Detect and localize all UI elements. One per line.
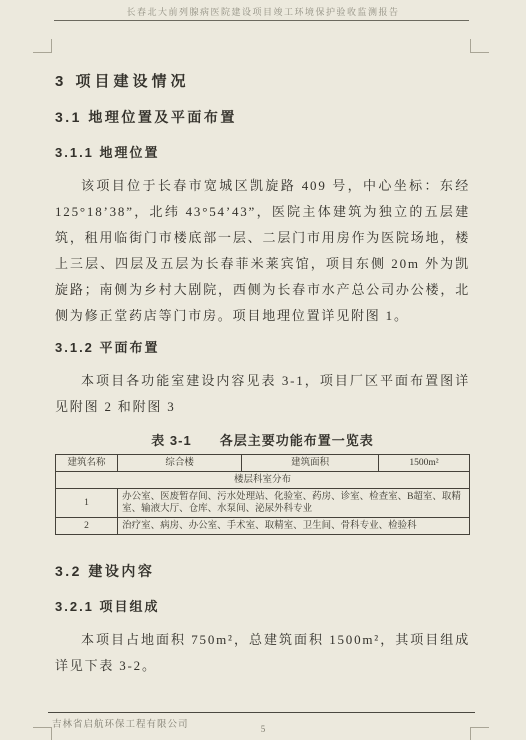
cell-floor-1-number: 1 [56, 489, 118, 518]
document-content: 3 项目建设情况 3.1 地理位置及平面布置 3.1.1 地理位置 该项目位于长… [55, 62, 470, 687]
heading-location-and-layout: 3.1 地理位置及平面布置 [55, 107, 470, 127]
function-layout-table: 建筑名称 综合楼 建筑面积 1500m² 楼层科室分布 1 办公室、医废暂存间、… [55, 454, 470, 535]
paragraph-plane-layout: 本项目各功能室建设内容见表 3-1，项目厂区平面布置图详见附图 2 和附图 3 [55, 368, 470, 420]
cell-building-area-label: 建筑面积 [242, 455, 379, 472]
header-rule [54, 20, 469, 21]
heading-plane-layout: 3.1.2 平面布置 [55, 337, 470, 356]
margin-corner-mark-top-left [33, 39, 52, 53]
header-title: 长春北大前列腺病医院建设项目竣工环境保护验收监测报告 [0, 5, 526, 18]
cell-building-area-value: 1500m² [378, 455, 469, 472]
heading-construction-content: 3.2 建设内容 [55, 561, 470, 581]
cell-building-name-label: 建筑名称 [56, 455, 118, 472]
table-header-row: 建筑名称 综合楼 建筑面积 1500m² [56, 455, 470, 472]
paragraph-project-composition: 本项目占地面积 750m²，总建筑面积 1500m²，其项目组成详见下表 3-2… [55, 627, 470, 679]
cell-floor-2-number: 2 [56, 518, 118, 535]
cell-floor-distribution-label: 楼层科室分布 [56, 472, 470, 489]
paragraph-geographic-location: 该项目位于长春市宽城区凯旋路 409 号，中心坐标：东经 125°18’38”，… [55, 173, 470, 329]
page-number: 5 [0, 724, 526, 734]
table-row-floor-1: 1 办公室、医废暂存间、污水处理站、化验室、药房、诊室、检查室、B超室、取精室、… [56, 489, 470, 518]
margin-corner-mark-top-right [470, 39, 489, 53]
table-row-floor-2: 2 治疗室、病房、办公室、手术室、取精室、卫生间、骨科专业、检验科 [56, 518, 470, 535]
table-span-row: 楼层科室分布 [56, 472, 470, 489]
document-page: 长春北大前列腺病医院建设项目竣工环境保护验收监测报告 3 项目建设情况 3.1 … [0, 0, 526, 740]
footer-rule [48, 712, 475, 713]
heading-geographic-location: 3.1.1 地理位置 [55, 142, 470, 161]
table-3-1-title: 表 3-1 各层主要功能布置一览表 [55, 430, 470, 449]
cell-floor-1-content: 办公室、医废暂存间、污水处理站、化验室、药房、诊室、检查室、B超室、取精室、输液… [118, 489, 470, 518]
heading-project-construction: 3 项目建设情况 [55, 70, 470, 91]
heading-project-composition: 3.2.1 项目组成 [55, 596, 470, 615]
cell-building-name-value: 综合楼 [118, 455, 242, 472]
cell-floor-2-content: 治疗室、病房、办公室、手术室、取精室、卫生间、骨科专业、检验科 [118, 518, 470, 535]
